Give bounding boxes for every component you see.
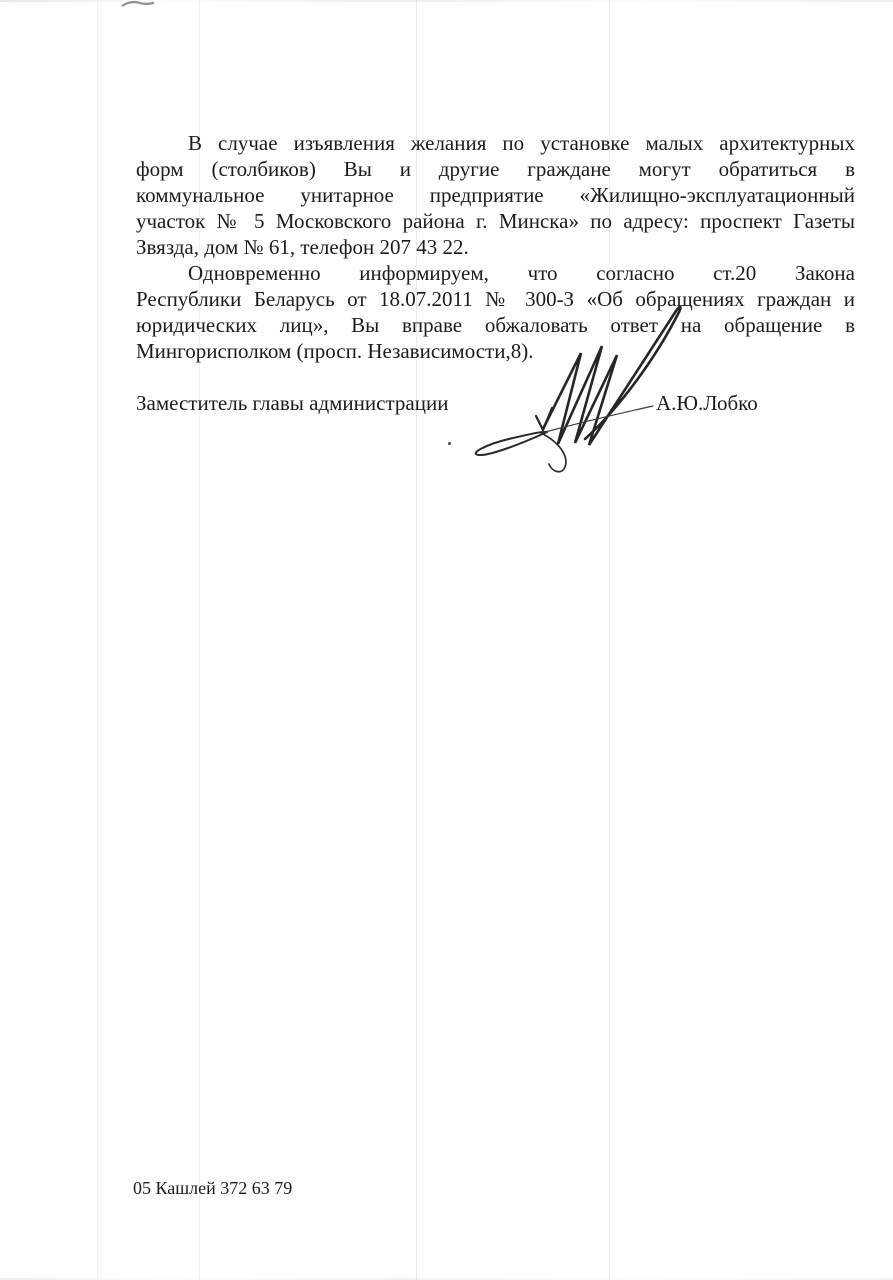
letter-body: В случае изъявления желания по установке…	[136, 130, 855, 364]
scanned-letter-page: В случае изъявления желания по установке…	[0, 0, 893, 1280]
signature-stroke	[476, 432, 547, 455]
scan-fold-line	[97, 0, 98, 1280]
scan-smudge-mark	[120, 0, 156, 9]
body-line: юридических лиц», Вы вправе обжаловать о…	[136, 312, 855, 338]
body-line: Звязда, дом № 61, телефон 207 43 22.	[136, 234, 855, 260]
ink-speck	[448, 442, 451, 445]
body-line: форм (столбиков) Вы и другие граждане мо…	[136, 156, 855, 182]
body-line: коммунальное унитарное предприятие «Жили…	[136, 182, 855, 208]
signer-name: А.Ю.Лобко	[656, 390, 758, 416]
body-line: Мингорисполком (просп. Независимости,8).	[136, 338, 855, 364]
signature-stroke	[541, 433, 566, 472]
body-line: Одновременно информируем, что согласно с…	[136, 260, 855, 286]
body-line: участок № 5 Московского района г. Минска…	[136, 208, 855, 234]
body-line: Республики Беларусь от 18.07.2011 № 300-…	[136, 286, 855, 312]
body-line: В случае изъявления желания по установке…	[136, 130, 855, 156]
signoff-row: Заместитель главы администрации А.Ю.Лобк…	[136, 390, 855, 416]
executor-reference: 05 Кашлей 372 63 79	[133, 1177, 292, 1199]
signer-position-title: Заместитель главы администрации	[136, 391, 448, 415]
